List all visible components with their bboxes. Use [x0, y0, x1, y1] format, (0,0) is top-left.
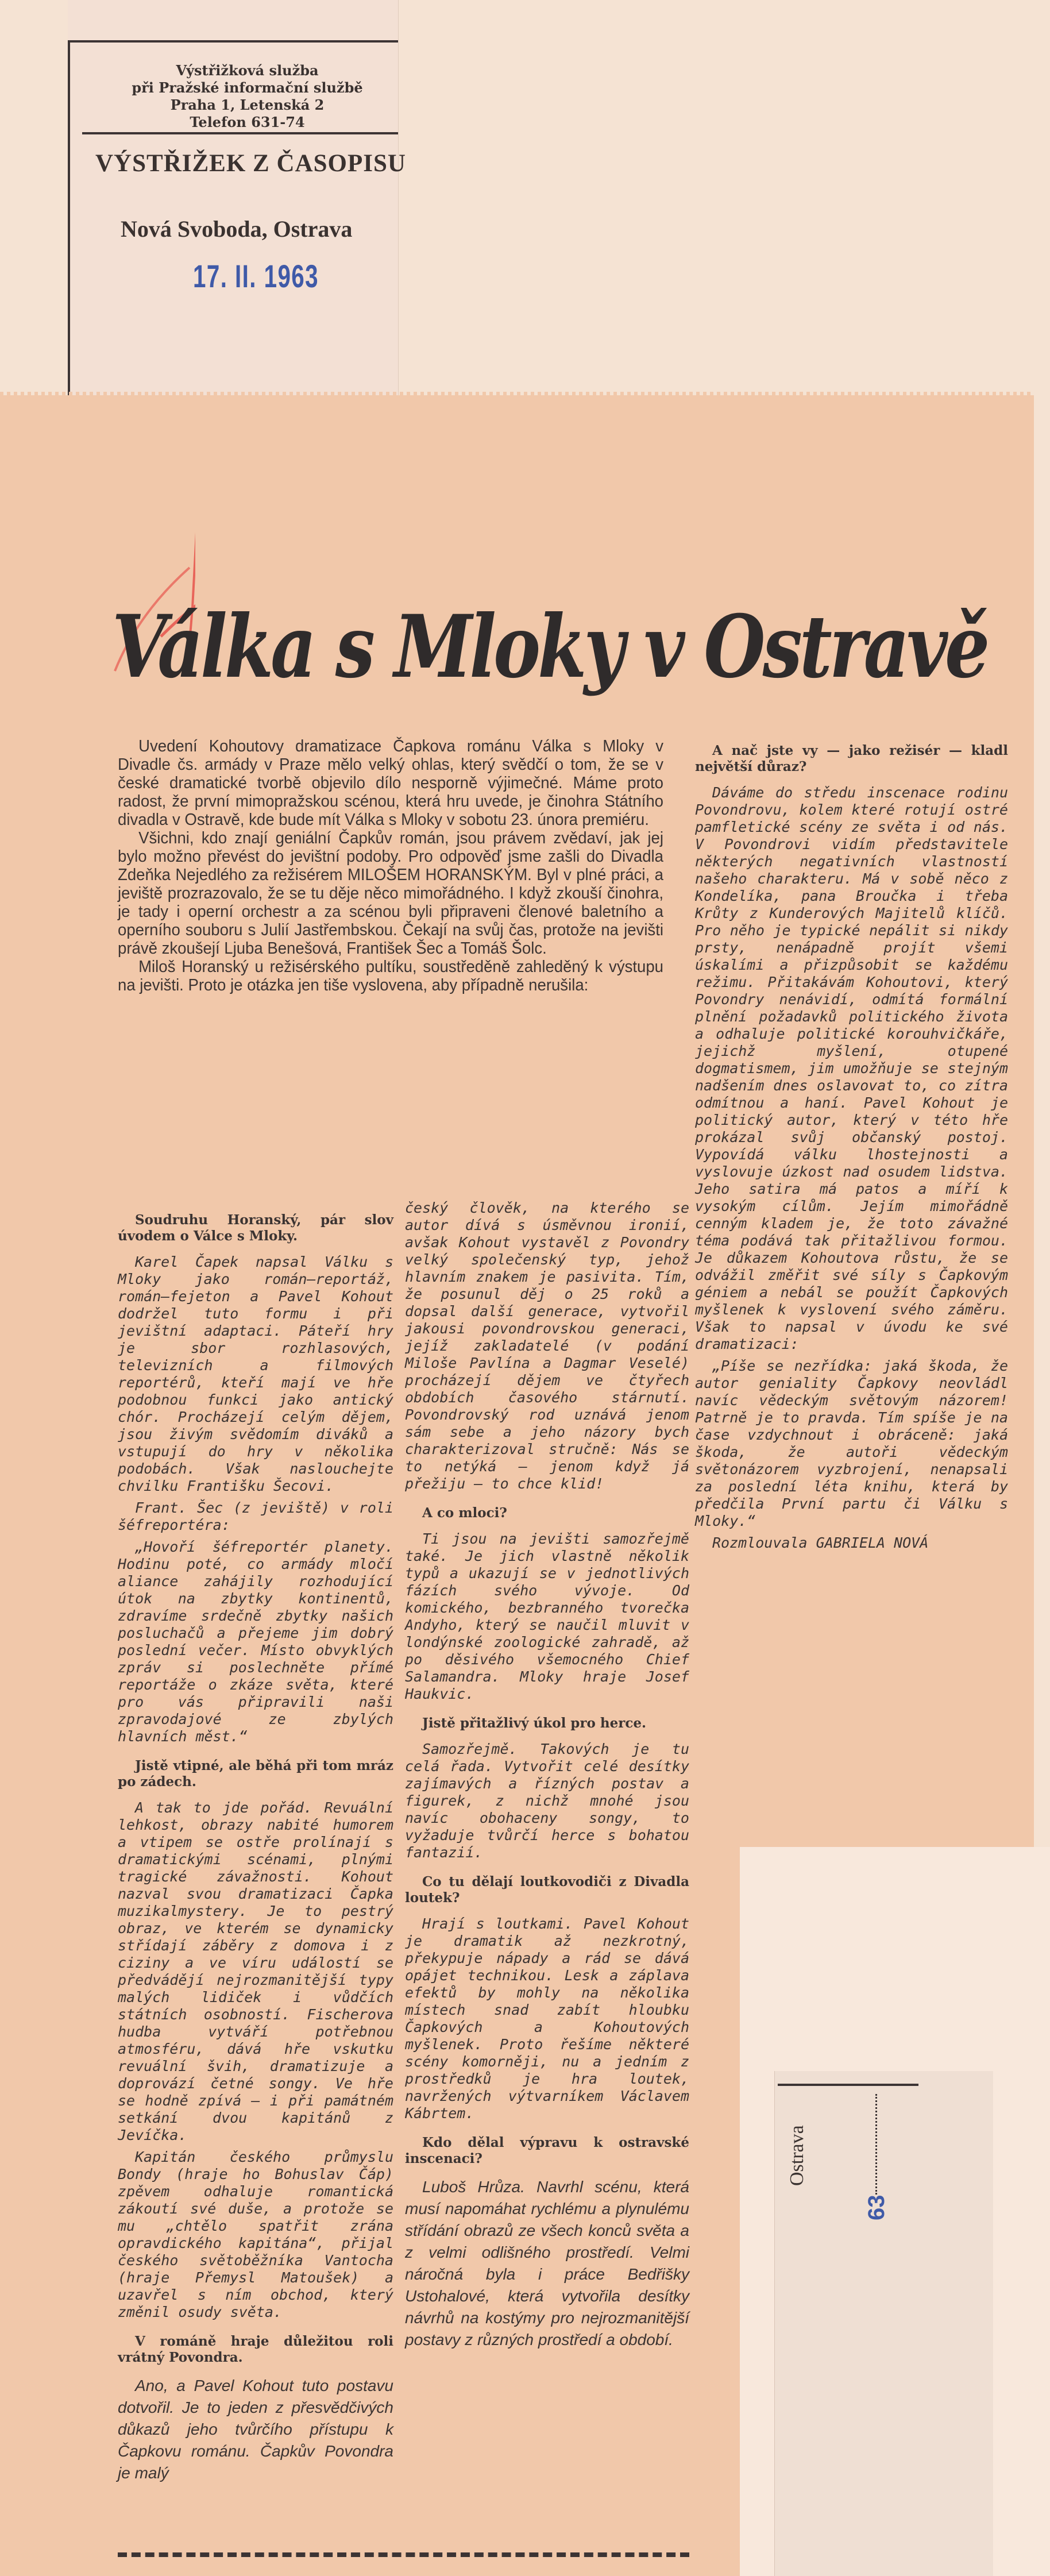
interview-question: Co tu dělají loutkovodiči z Divadla lout…: [405, 1874, 689, 1906]
interview-answer: Kapitán českého průmyslu Bondy (hraje ho…: [118, 2149, 393, 2321]
newspaper-fragment: Ostrava: [786, 2125, 808, 2186]
interview-answer: Hrají s loutkami. Pavel Kohout je dramat…: [405, 1915, 689, 2122]
column-left: Soudruhu Horanský, pár slov úvodem o Vál…: [118, 1200, 393, 2489]
intro-paragraph: Uvedení Kohoutovy dramatizace Čapkova ro…: [118, 737, 663, 829]
newspaper-name: Nová Svoboda, Ostrava: [121, 215, 352, 242]
slip-left-rule: [68, 40, 70, 402]
interview-answer: Ano, a Pavel Kohout tuto postavu dotvoři…: [118, 2375, 393, 2484]
slip-title: VÝSTŘIŽEK Z ČASOPISU: [95, 149, 406, 178]
interview-answer: „Hovoří šéfreportér planety. Hodinu poté…: [118, 1538, 393, 1745]
clipping-service-slip: Výstřižková služba při Pražské informačn…: [68, 0, 399, 402]
interview-answer: Frant. Šec (z jeviště) v roli šéfreporté…: [118, 1499, 393, 1534]
interview-answer: Luboš Hrůza. Navrhl scénu, která musí na…: [405, 2176, 689, 2351]
interview-answer: Samozřejmě. Takových je tu celá řada. Vy…: [405, 1741, 689, 1861]
stamp-fragment: 63: [864, 2195, 890, 2221]
service-line: Praha 1, Letenská 2: [102, 97, 392, 114]
interview-question: Jistě vtipné, ale běhá při tom mráz po z…: [118, 1758, 393, 1790]
interview-answer: Dáváme do středu inscenace rodinu Povond…: [695, 784, 1008, 1353]
interview-answer: „Píše se nezřídka: jaká škoda, že autor …: [695, 1358, 1008, 1530]
interview-answer: Ti jsou na jevišti samozřejmě také. Je j…: [405, 1530, 689, 1703]
interview-answer: A tak to jde pořád. Revuální lehkost, ob…: [118, 1799, 393, 2144]
interview-answer: český člověk, na kterého se autor dívá s…: [405, 1200, 689, 1493]
intro-paragraph: Všichni, kdo znají geniální Čapkův román…: [118, 829, 663, 958]
intro-paragraph: Miloš Horanský u režisérského pultíku, s…: [118, 958, 663, 994]
interview-question: A nač jste vy — jako režisér — kladl nej…: [695, 743, 1008, 775]
service-line: při Pražské informační službě: [102, 79, 392, 97]
article-headline: Válka s Mloky v Ostravě: [112, 596, 987, 697]
article-intro: Uvedení Kohoutovy dramatizace Čapkova ro…: [118, 737, 663, 994]
interview-question: V románě hraje důležitou roli vrátný Pov…: [118, 2334, 393, 2366]
interview-question: Jistě přitažlivý úkol pro herce.: [405, 1715, 689, 1732]
service-line: Telefon 631-74: [102, 114, 392, 131]
column-middle: český člověk, na kterého se autor dívá s…: [405, 1200, 689, 2355]
torn-edge: [0, 392, 1034, 398]
date-stamp: 17. II. 1963: [193, 257, 319, 295]
interview-answer: Karel Čapek napsal Válku s Mloky jako ro…: [118, 1254, 393, 1495]
interview-question: Soudruhu Horanský, pár slov úvodem o Vál…: [118, 1212, 393, 1244]
slip-top-rule: [68, 40, 398, 43]
author-signature: Rozmlouvala GABRIELA NOVÁ: [695, 1534, 1008, 1552]
second-clipping-slip: Ostrava 63: [774, 2071, 993, 2576]
service-address: Výstřižková služba při Pražské informačn…: [102, 62, 392, 131]
column-right: A nač jste vy — jako režisér — kladl nej…: [695, 743, 1008, 1556]
dotted-line: [875, 2094, 877, 2195]
bottom-rule: [118, 2552, 689, 2557]
service-line: Výstřižková služba: [102, 62, 392, 79]
interview-question: A co mloci?: [405, 1505, 689, 1521]
slip-rule: [778, 2084, 918, 2086]
interview-question: Kdo dělal výpravu k ostravské inscenaci?: [405, 2135, 689, 2167]
slip-middle-rule: [82, 132, 398, 134]
